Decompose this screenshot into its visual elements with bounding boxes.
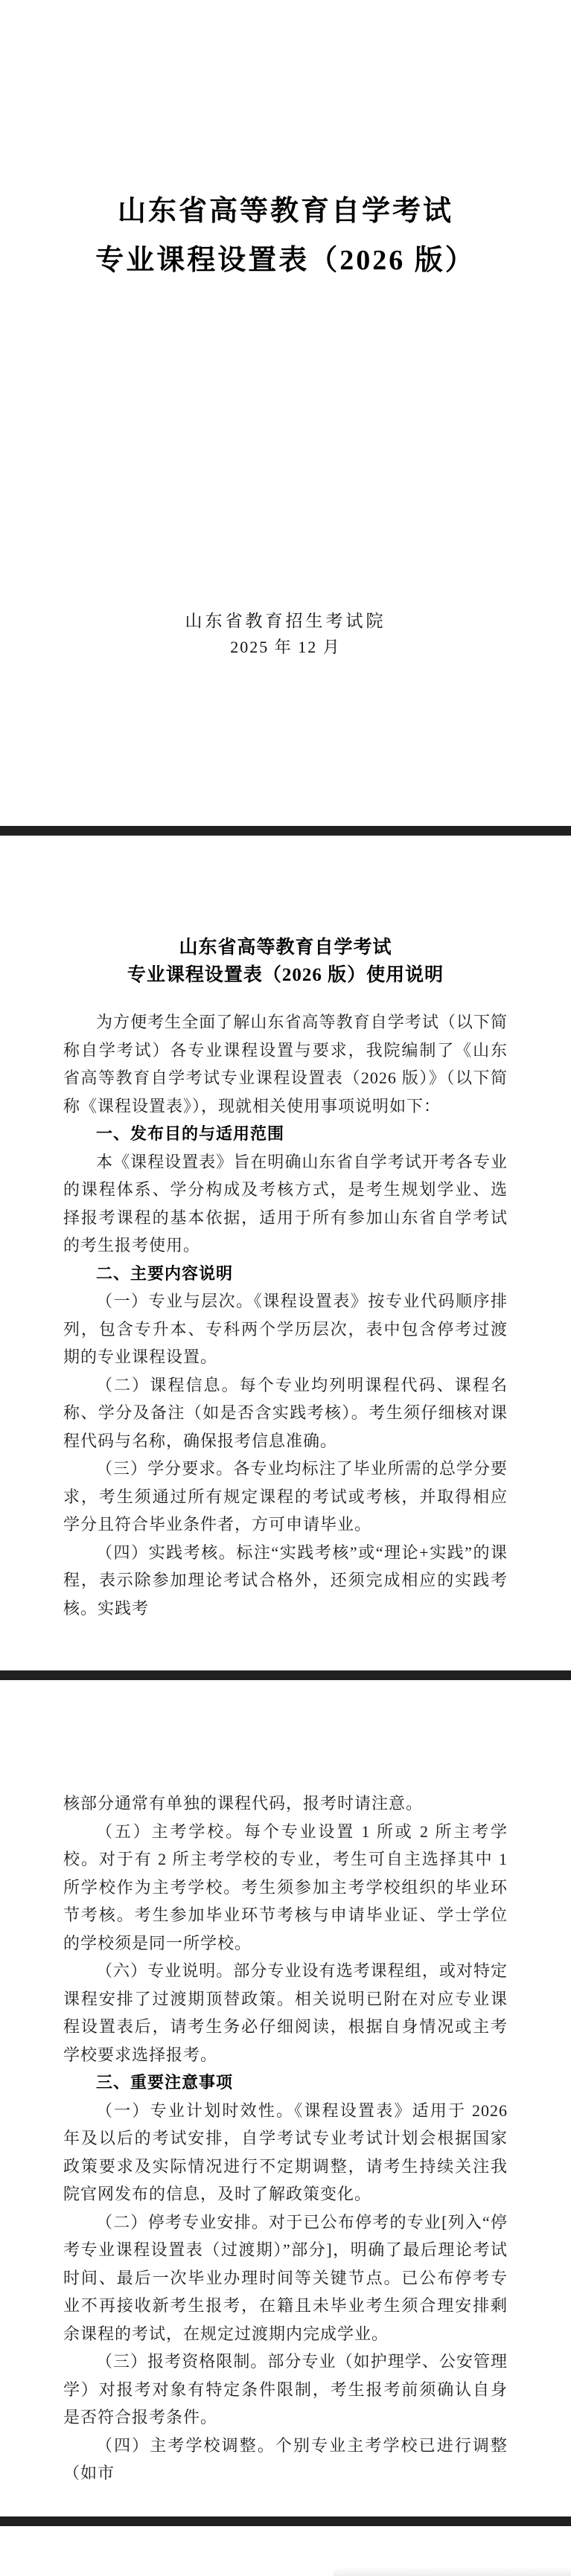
paragraph-suspended-majors: （二）停考专业安排。对于已公布停考的专业[列入“停考专业课程设置表（过渡期）”部… [63,2208,508,2348]
cover-page: 山东省高等教育自学考试 专业课程设置表（2026 版） 山东省教育招生考试院 2… [0,0,571,826]
paragraph-purpose: 本《课程设置表》旨在明确山东省自学考试开考各专业的课程体系、学分构成及考核方式，… [63,1148,508,1260]
paragraph-major-levels: （一）专业与层次。《课程设置表》按专业代码顺序排列，包含专升本、专科两个学历层次… [63,1287,508,1371]
usage-notes-page-2: 核部分通常有单独的课程代码，报考时请注意。 （五）主考学校。每个专业设置 1 所… [0,1680,571,2516]
paragraph-course-info: （二）课程信息。每个专业均列明课程代码、课程名称、学分及备注（如是否含实践考核）… [63,1371,508,1455]
cover-title-line2: 专业课程设置表（2026 版） [0,237,571,278]
page-separator [0,1670,571,1680]
page2-body: 为方便考生全面了解山东省高等教育自学考试（以下简称自学考试）各专业课程设置与要求… [63,1008,508,1622]
usage-notes-title: 山东省高等教育自学考试 专业课程设置表（2026 版）使用说明 [0,934,571,989]
paragraph-credit-req: （三）学分要求。各专业均标注了毕业所需的总学分要求，考生须通过所有规定课程的考试… [63,1455,508,1539]
section-heading-3: 三、重要注意事项 [63,2069,508,2097]
usage-notes-title-line2: 专业课程设置表（2026 版）使用说明 [0,961,571,989]
paragraph-host-school: （五）主考学校。每个专业设置 1 所或 2 所主考学校。对于有 2 所主考学校的… [63,1818,508,1958]
paragraph-eligibility-limit: （三）报考资格限制。部分专业（如护理学、公安管理学）对报考对象有特定条件限制，考… [63,2348,508,2432]
usage-notes-title-line1: 山东省高等教育自学考试 [0,934,571,961]
cover-date: 2025 年 12 月 [0,635,571,658]
paragraph-major-notes: （六）专业说明。部分专业设有选考课程组，或对特定课程安排了过渡期顶替政策。相关说… [63,1957,508,2069]
paragraph-practice-exam-cont: 核部分通常有单独的课程代码，报考时请注意。 [63,1790,508,1818]
paragraph-practice-exam: （四）实践考核。标注“实践考核”或“理论+实践”的课程，表示除参加理论考试合格外… [63,1539,508,1623]
cover-publisher: 山东省教育招生考试院 [0,607,571,632]
section-heading-2: 二、主要内容说明 [63,1260,508,1288]
page-separator [0,2516,571,2526]
cover-title-line1: 山东省高等教育自学考试 [0,188,571,228]
paragraph-plan-validity: （一）专业计划时效性。《课程设置表》适用于 2026 年及以后的考试安排，自学考… [63,2097,508,2208]
floating-panel-edge [333,2569,571,2576]
page3-body: 核部分通常有单独的课程代码，报考时请注意。 （五）主考学校。每个专业设置 1 所… [63,1790,508,2487]
paragraph-intro: 为方便考生全面了解山东省高等教育自学考试（以下简称自学考试）各专业课程设置与要求… [63,1008,508,1120]
usage-notes-page-1: 山东省高等教育自学考试 专业课程设置表（2026 版）使用说明 为方便考生全面了… [0,836,571,1670]
paragraph-school-adjustment: （四）主考学校调整。个别专业主考学校已进行调整（如市 [63,2432,508,2487]
section-heading-1: 一、发布目的与适用范围 [63,1120,508,1148]
page-separator [0,826,571,836]
